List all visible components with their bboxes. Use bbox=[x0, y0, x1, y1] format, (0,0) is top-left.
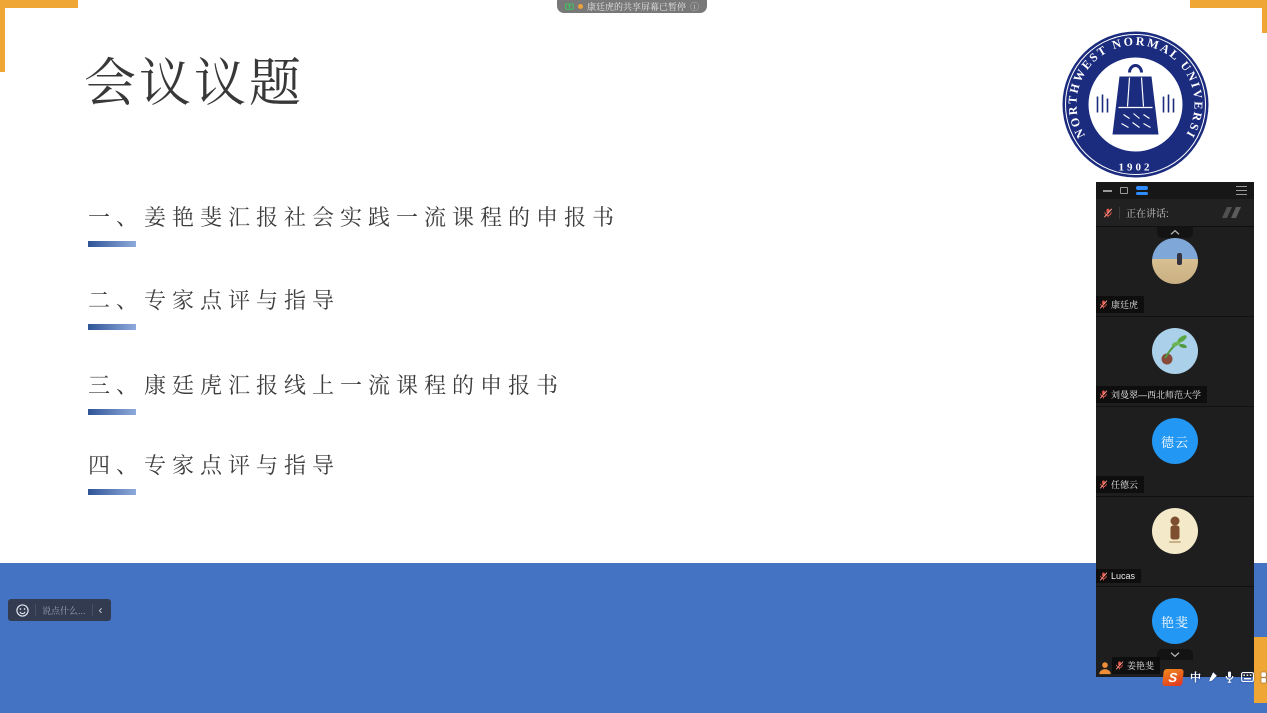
participant-name-tag: 刘曼翠—西北师范大学 bbox=[1096, 386, 1207, 403]
agenda-item-2: 二、专家点评与指导 bbox=[88, 284, 340, 330]
person-silhouette bbox=[1177, 253, 1182, 265]
chevron-up-icon bbox=[1170, 230, 1180, 235]
mic-muted-icon bbox=[1099, 300, 1108, 309]
agenda-item-4: 四、专家点评与指导 bbox=[88, 449, 340, 495]
agenda-underline-bar bbox=[88, 324, 136, 330]
share-screen-icon bbox=[565, 3, 574, 11]
agenda-item-3: 三、康廷虎汇报线上一流课程的申报书 bbox=[88, 369, 564, 415]
agenda-underline-bar bbox=[88, 489, 136, 495]
info-icon[interactable]: ⓘ bbox=[690, 0, 699, 13]
corner-ornament-top-left-vertical bbox=[0, 8, 5, 72]
minimize-icon[interactable] bbox=[1103, 190, 1112, 192]
soft-keyboard-icon[interactable] bbox=[1241, 672, 1254, 682]
participant-tile[interactable]: 康廷虎 bbox=[1096, 227, 1254, 317]
chevron-left-icon[interactable]: ‹ bbox=[99, 604, 103, 616]
agenda-underline-bar bbox=[88, 241, 136, 247]
corner-ornament-top-left bbox=[0, 0, 78, 8]
participant-name: 任德云 bbox=[1111, 478, 1138, 491]
panel-titlebar bbox=[1096, 182, 1254, 199]
collapse-up-control[interactable] bbox=[1157, 227, 1193, 238]
participant-tile[interactable]: 刘曼翠—西北师范大学 bbox=[1096, 317, 1254, 407]
member-person-icon bbox=[1098, 661, 1112, 675]
paused-status-dot bbox=[578, 4, 583, 9]
chat-input-placeholder[interactable]: 说点什么... bbox=[42, 604, 86, 617]
list-view-icon[interactable] bbox=[1136, 186, 1148, 195]
participant-name-tag: 任德云 bbox=[1096, 476, 1144, 493]
agenda-item-2-text: 二、专家点评与指导 bbox=[88, 284, 340, 315]
participant-name-tag: Lucas bbox=[1096, 569, 1141, 583]
mic-muted-icon bbox=[1115, 661, 1124, 670]
mic-muted-icon bbox=[1099, 572, 1108, 581]
sogou-ime-icon[interactable]: S bbox=[1162, 669, 1184, 686]
plant-photo bbox=[1152, 328, 1198, 374]
screen-share-paused-banner: 康廷虎的共享屏幕已暂停 ⓘ bbox=[557, 0, 707, 13]
ime-toolbar: S 中 bbox=[1163, 667, 1267, 687]
avatar bbox=[1152, 238, 1198, 284]
ime-toolbox-grid-icon[interactable] bbox=[1261, 672, 1267, 683]
agenda-item-4-text: 四、专家点评与指导 bbox=[88, 449, 340, 480]
participant-name-tag: 康廷虎 bbox=[1096, 296, 1144, 313]
participant-name: 康廷虎 bbox=[1111, 298, 1138, 311]
avatar-initials: 艳斐 bbox=[1161, 612, 1189, 631]
divider bbox=[1119, 207, 1120, 219]
collapse-down-control[interactable] bbox=[1157, 649, 1193, 660]
agenda-item-3-text: 三、康廷虎汇报线上一流课程的申报书 bbox=[88, 369, 564, 400]
slide-title: 会议议题 bbox=[84, 56, 304, 113]
avatar bbox=[1152, 508, 1198, 554]
emoji-icon[interactable] bbox=[16, 604, 29, 617]
seal-year-text: 1902 bbox=[1119, 162, 1153, 174]
mic-muted-icon bbox=[1099, 480, 1108, 489]
avatar: 艳斐 bbox=[1152, 598, 1198, 644]
participant-tile[interactable]: 艳斐 姜艳斐 bbox=[1096, 587, 1254, 677]
restore-window-icon[interactable] bbox=[1120, 187, 1128, 194]
meeting-app-watermark-icon bbox=[1219, 206, 1247, 219]
figurine-photo bbox=[1152, 508, 1198, 554]
participant-name: 刘曼翠—西北师范大学 bbox=[1111, 388, 1201, 401]
ime-language-indicator[interactable]: 中 bbox=[1190, 669, 1201, 685]
avatar-initials: 德云 bbox=[1161, 432, 1189, 451]
voice-input-icon[interactable] bbox=[1225, 671, 1234, 683]
agenda-underline-bar bbox=[88, 409, 136, 415]
panel-menu-icon[interactable] bbox=[1236, 186, 1247, 196]
banner-text: 康廷虎的共享屏幕已暂停 bbox=[587, 0, 686, 13]
divider bbox=[92, 604, 93, 616]
corner-ornament-top-right bbox=[1190, 0, 1267, 8]
participant-tile[interactable]: Lucas bbox=[1096, 497, 1254, 587]
mic-muted-icon bbox=[1099, 390, 1108, 399]
corner-ornament-top-right-vertical bbox=[1262, 8, 1267, 33]
university-seal-logo: NORTHWEST NORMAL UNIVERSITY 1902 bbox=[1061, 30, 1210, 179]
agenda-item-1: 一、姜艳斐汇报社会实践一流课程的申报书 bbox=[88, 201, 620, 247]
participant-tile[interactable]: 德云 任德云 bbox=[1096, 407, 1254, 497]
shared-screen: 康廷虎的共享屏幕已暂停 ⓘ 会议议题 一、姜艳斐汇报社会实践一流课程的申报书 二… bbox=[0, 0, 1267, 713]
meeting-participants-panel: 正在讲话: 康廷虎 bbox=[1096, 182, 1254, 677]
chat-input-widget[interactable]: 说点什么... ‹ bbox=[8, 599, 111, 621]
participant-name-tag: 姜艳斐 bbox=[1112, 657, 1160, 674]
mic-muted-icon bbox=[1103, 208, 1113, 218]
ime-tools-icon[interactable] bbox=[1208, 671, 1218, 683]
participant-name: 姜艳斐 bbox=[1127, 659, 1154, 672]
speaking-status-row: 正在讲话: bbox=[1096, 199, 1254, 227]
divider bbox=[35, 604, 36, 616]
avatar: 德云 bbox=[1152, 418, 1198, 464]
speaking-label: 正在讲话: bbox=[1126, 205, 1169, 220]
participant-name: Lucas bbox=[1111, 571, 1135, 581]
agenda-item-1-text: 一、姜艳斐汇报社会实践一流课程的申报书 bbox=[88, 201, 620, 232]
slide-footer-band bbox=[0, 563, 1267, 713]
avatar bbox=[1152, 328, 1198, 374]
chevron-down-icon bbox=[1170, 652, 1180, 657]
